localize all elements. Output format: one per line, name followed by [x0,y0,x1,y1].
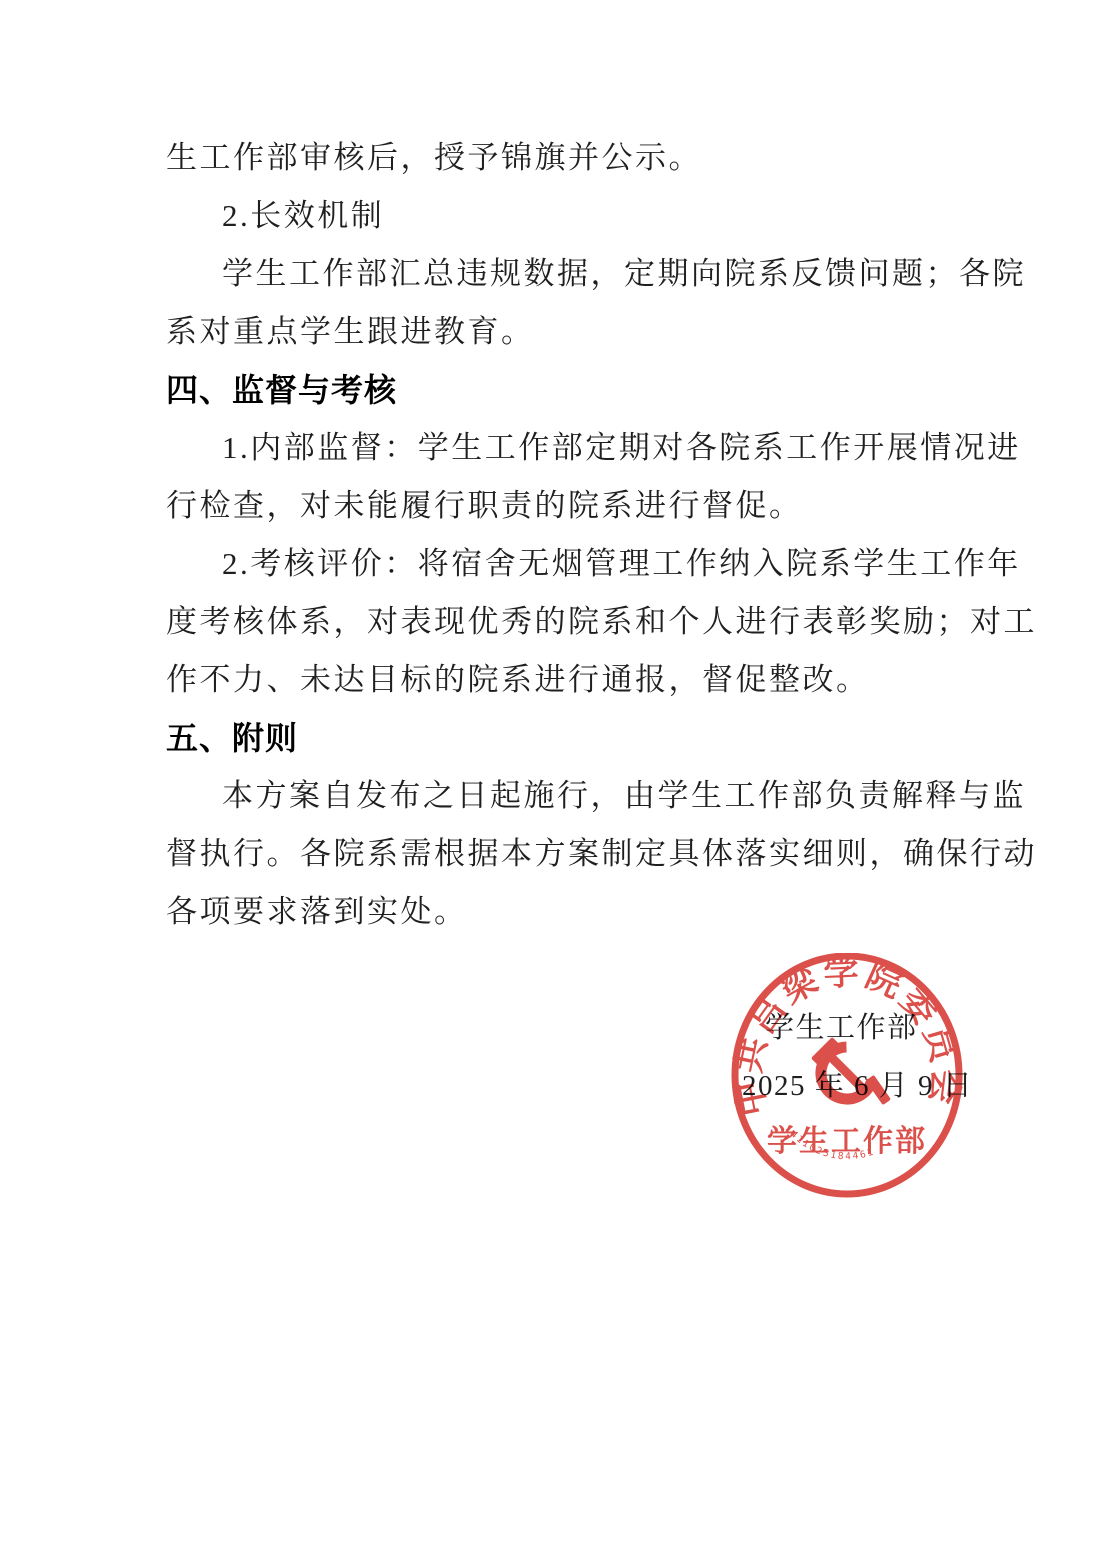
doc-line: 作不力、未达目标的院系进行通报，督促整改。 [166,651,966,709]
doc-line: 度考核体系，对表现优秀的院系和个人进行表彰奖励；对工 [166,593,966,651]
doc-line: 本方案自发布之日起施行，由学生工作部负责解释与监 [166,767,966,825]
doc-line: 系对重点学生跟进教育。 [166,303,966,361]
doc-line: 督执行。各院系需根据本方案制定具体落实细则，确保行动 [166,825,966,883]
doc-line: 各项要求落到实处。 [166,883,966,941]
document-page: 生工作部审核后，授予锦旗并公示。 2.长效机制 学生工作部汇总违规数据，定期向院… [0,0,1102,1559]
section-heading-appendix: 五、附则 [166,709,966,767]
doc-line: 行检查，对未能履行职责的院系进行督促。 [166,477,966,535]
doc-line: 生工作部审核后，授予锦旗并公示。 [166,129,966,187]
doc-line: 2.考核评价：将宿舍无烟管理工作纳入院系学生工作年 [166,535,966,593]
doc-line: 学生工作部汇总违规数据，定期向院系反馈问题；各院 [166,245,966,303]
official-seal: 中共吕梁学院委员会 学生工作部 1411023184461 [731,953,963,1199]
doc-line: 2.长效机制 [166,187,966,245]
section-heading-supervision: 四、监督与考核 [166,361,966,419]
doc-line: 1.内部监督：学生工作部定期对各院系工作开展情况进 [166,419,966,477]
hammer-sickle-icon [811,1037,891,1106]
